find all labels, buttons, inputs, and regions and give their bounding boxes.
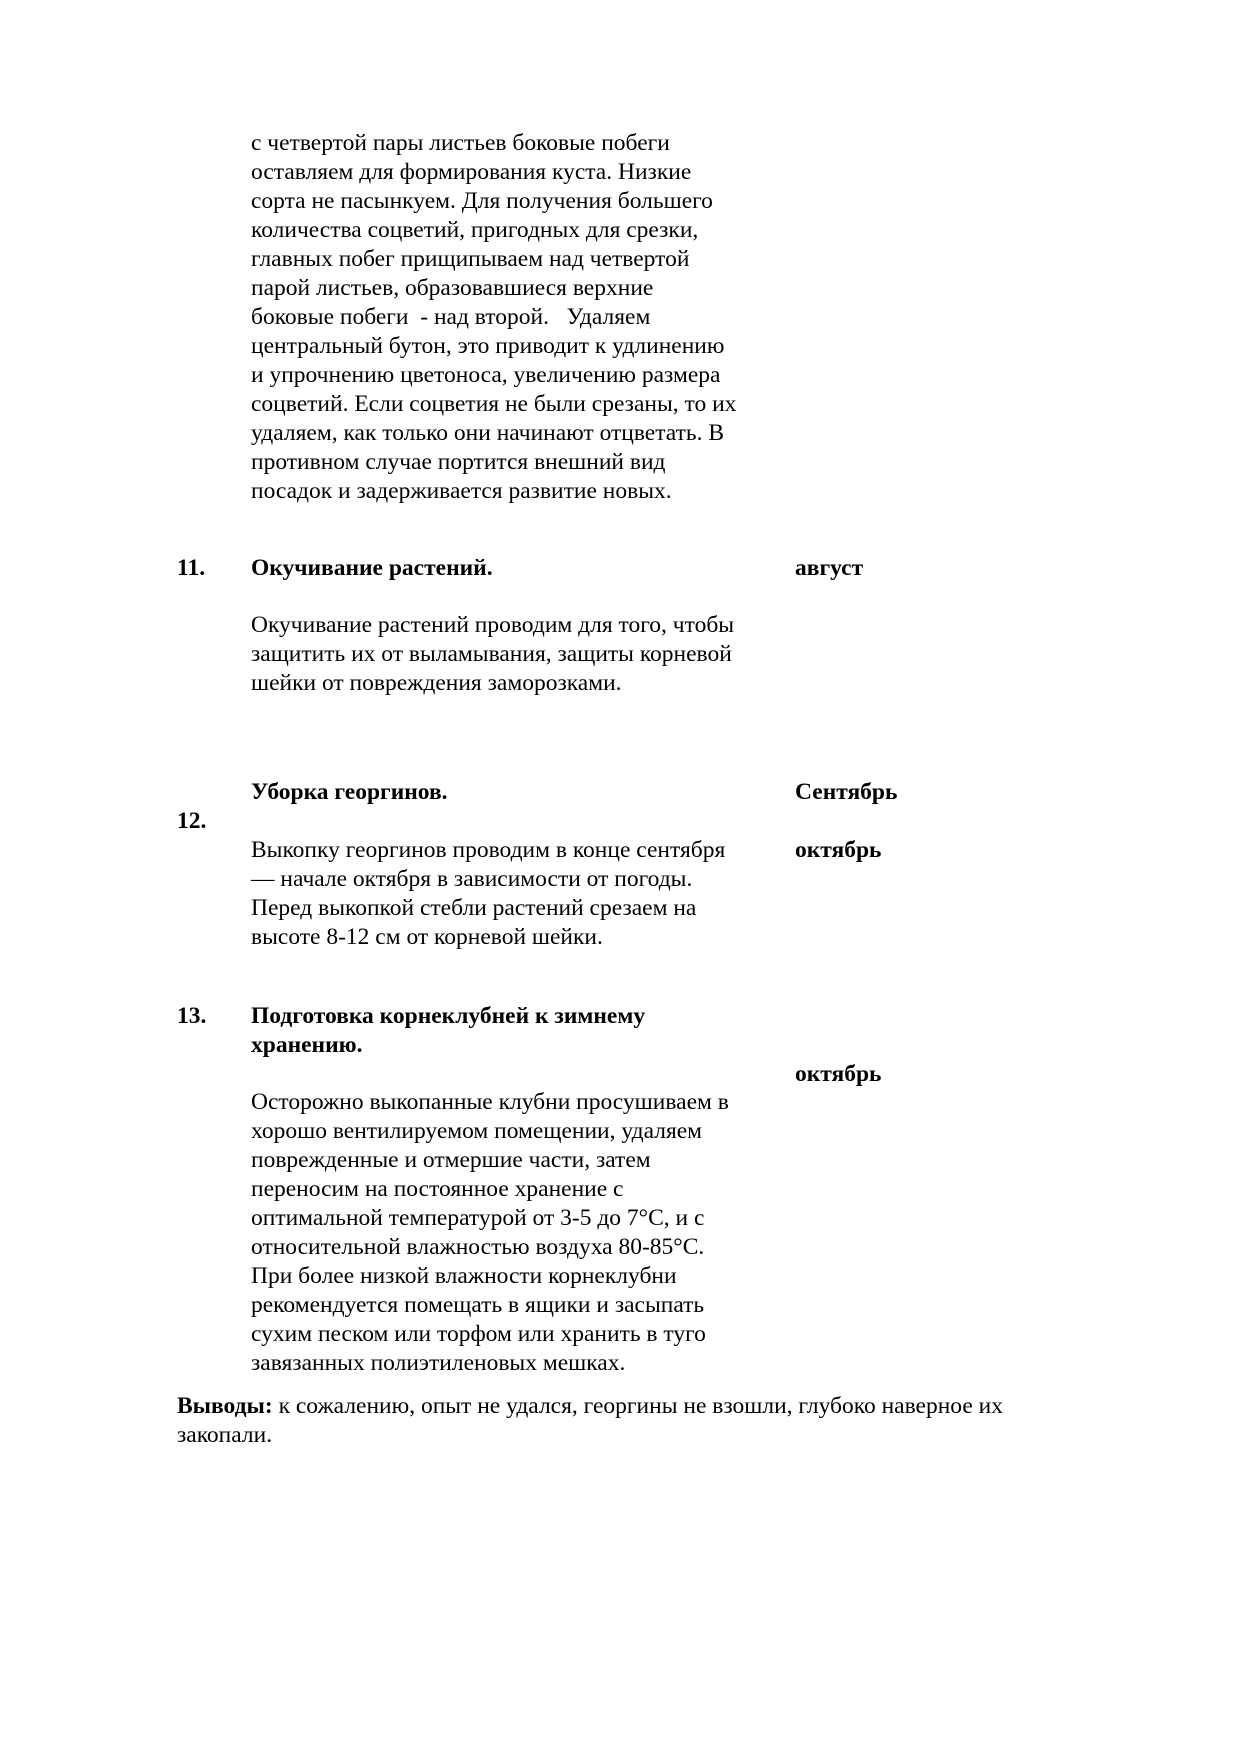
text-line: — начале октября в зависимости от погоды… xyxy=(251,865,725,894)
item-number: 11. xyxy=(177,554,205,583)
text-line: оставляем для формирования куста. Низкие xyxy=(251,158,736,187)
text-line: оптимальной температурой от 3-5 до 7°С, … xyxy=(251,1204,729,1233)
text-line: парой листьев, образовавшиеся верхние xyxy=(251,274,736,303)
item-title: Окучивание растений. xyxy=(251,554,493,583)
document-page: с четвертой пары листьев боковые побеги … xyxy=(0,0,1240,1755)
text-line: посадок и задерживается развитие новых. xyxy=(251,477,736,506)
text-line: относительной влажностью воздуха 80-85°С… xyxy=(251,1233,729,1262)
text-line: противном случае портится внешний вид xyxy=(251,448,736,477)
item-month: август xyxy=(795,554,863,583)
item-body: Осторожно выкопанные клубни просушиваем … xyxy=(251,1088,729,1378)
item-body: Выкопку георгинов проводим в конце сентя… xyxy=(251,836,725,952)
text-line: и упрочнению цветоноса, увеличению разме… xyxy=(251,361,736,390)
text-line: боковые побеги - над второй. Удаляем xyxy=(251,303,736,332)
item-month: Сентябрь xyxy=(795,778,897,807)
text-line: сорта не пасынкуем. Для получения больше… xyxy=(251,187,736,216)
text-line: завязанных полиэтиленовых мешках. xyxy=(251,1349,729,1378)
text-line: Перед выкопкой стебли растений срезаем н… xyxy=(251,894,725,923)
text-line: рекомендуется помещать в ящики и засыпат… xyxy=(251,1291,729,1320)
text-line: переносим на постоянное хранение с xyxy=(251,1175,729,1204)
text-line: высоте 8-12 см от корневой шейки. xyxy=(251,923,725,952)
conclusion-label: Выводы: xyxy=(177,1393,273,1419)
text-line: шейки от повреждения заморозками. xyxy=(251,669,734,698)
text-line: Выкопку георгинов проводим в конце сентя… xyxy=(251,836,725,865)
item-month: октябрь xyxy=(795,836,881,865)
text-line: защитить их от выламывания, защиты корне… xyxy=(251,640,734,669)
item-body: Окучивание растений проводим для того, ч… xyxy=(251,611,734,698)
text-line: центральный бутон, это приводит к удлине… xyxy=(251,332,736,361)
item-number: 13. xyxy=(177,1002,206,1031)
text-line: соцветий. Если соцветия не были срезаны,… xyxy=(251,390,736,419)
text-line: количества соцветий, пригодных для срезк… xyxy=(251,216,736,245)
conclusion-paragraph: Выводы: к сожалению, опыт не удался, гео… xyxy=(177,1392,1077,1450)
text-line: главных побег прищипываем над четвертой xyxy=(251,245,736,274)
item-title: хранению. xyxy=(251,1031,362,1060)
text-line: Осторожно выкопанные клубни просушиваем … xyxy=(251,1088,729,1117)
continuation-paragraph: с четвертой пары листьев боковые побеги … xyxy=(251,129,736,506)
conclusion-text: к сожалению, опыт не удался, георгины не… xyxy=(177,1393,1003,1448)
item-month: октябрь xyxy=(795,1060,881,1089)
text-line: При более низкой влажности корнеклубни xyxy=(251,1262,729,1291)
text-line: хорошо вентилируемом помещении, удаляем xyxy=(251,1117,729,1146)
item-title: Подготовка корнеклубней к зимнему xyxy=(251,1002,645,1031)
item-number: 12. xyxy=(177,807,206,836)
text-line: Окучивание растений проводим для того, ч… xyxy=(251,611,734,640)
text-line: сухим песком или торфом или хранить в ту… xyxy=(251,1320,729,1349)
text-line: с четвертой пары листьев боковые побеги xyxy=(251,129,736,158)
text-line: удаляем, как только они начинают отцвета… xyxy=(251,419,736,448)
item-title: Уборка георгинов. xyxy=(251,778,448,807)
text-line: поврежденные и отмершие части, затем xyxy=(251,1146,729,1175)
